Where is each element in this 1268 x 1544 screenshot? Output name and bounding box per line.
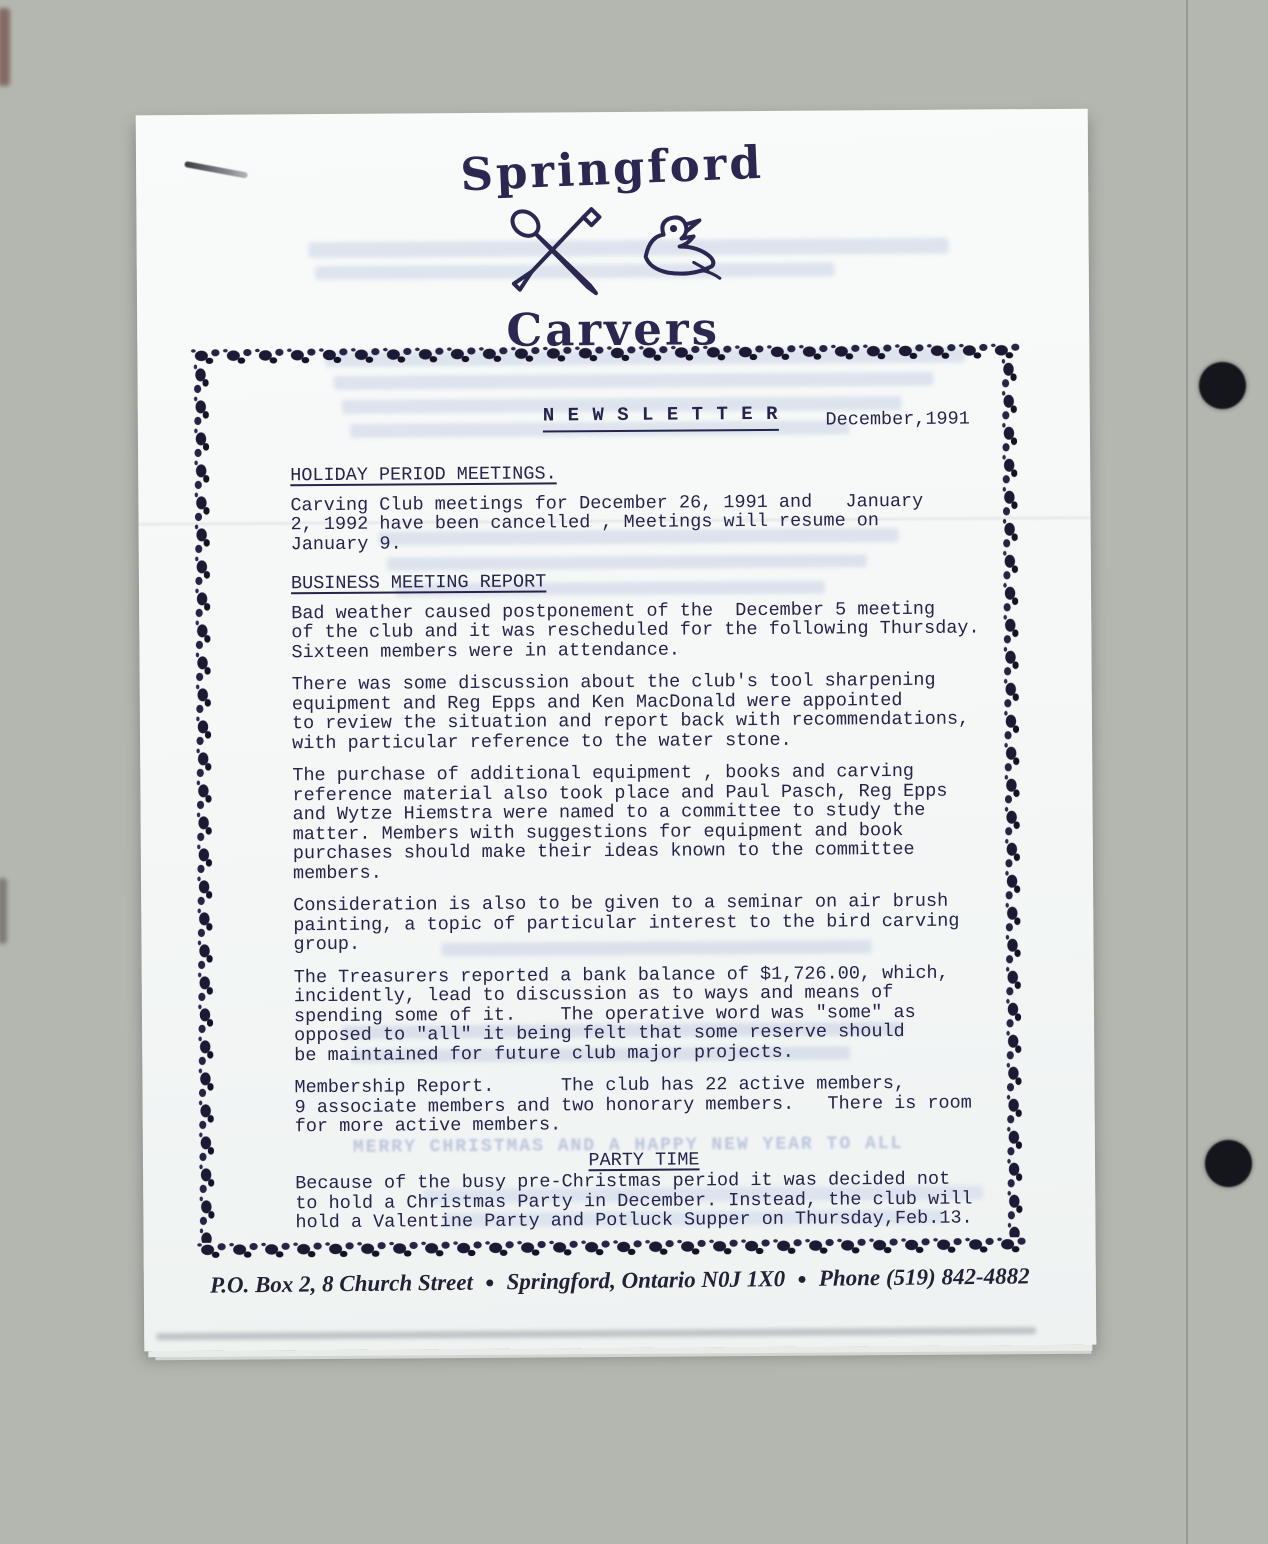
- newsletter-paper-sheet: MERRY CHRISTMAS AND A HAPPY NEW YEAR TO …: [136, 109, 1097, 1352]
- edge-smudge: [0, 878, 7, 944]
- paragraph: Carving Club meetings for December 26, 1…: [290, 491, 988, 554]
- section-business-meeting-report: BUSINESS MEETING REPORT Bad weather caus…: [291, 569, 993, 1136]
- newsletter-title: N E W S L E T T E R: [543, 405, 779, 432]
- edge-smudge: [0, 8, 10, 86]
- paragraph: The purchase of additional equipment , b…: [292, 761, 991, 883]
- paragraph: The Treasurers reported a bank balance o…: [294, 963, 993, 1065]
- phone: Phone (519) 842-4882: [819, 1263, 1030, 1290]
- masthead: Springford: [136, 143, 1089, 356]
- city: Springford, Ontario N0J 1X0: [506, 1266, 785, 1294]
- hole-punch-bottom: [1205, 1140, 1252, 1187]
- newsletter-title-row: N E W S L E T T E R December,1991: [290, 399, 988, 444]
- paragraph: Because of the busy pre-Christmas period…: [295, 1169, 993, 1232]
- newsletter-body: N E W S L E T T E R December,1991 HOLIDA…: [211, 361, 1003, 1238]
- scanned-newsletter-page: MERRY CHRISTMAS AND A HAPPY NEW YEAR TO …: [0, 0, 1268, 1544]
- paragraph: Membership Report. The club has 22 activ…: [294, 1073, 992, 1136]
- footer-address: P.O. Box 2, 8 Church Street●Springford, …: [144, 1263, 1096, 1300]
- issue-date: December,1991: [825, 410, 969, 431]
- scan-smudge: [156, 1327, 1036, 1340]
- bullet-separator: ●: [485, 1274, 495, 1292]
- section-heading: HOLIDAY PERIOD MEETINGS.: [290, 461, 988, 485]
- bullet-separator: ●: [797, 1271, 807, 1289]
- hole-punch-top: [1199, 362, 1246, 409]
- paragraph: There was some discussion about the club…: [292, 670, 991, 753]
- paragraph: Bad weather caused postponement of the D…: [291, 599, 989, 662]
- section-holiday-period-meetings: HOLIDAY PERIOD MEETINGS. Carving Club me…: [290, 461, 989, 554]
- po-box: P.O. Box 2, 8 Church Street: [210, 1270, 473, 1298]
- section-heading: BUSINESS MEETING REPORT: [291, 569, 989, 593]
- paragraph: Consideration is also to be given to a s…: [293, 891, 991, 954]
- album-page-edge: [1186, 0, 1188, 1544]
- section-party-time: PARTY TIME Because of the busy pre-Chris…: [295, 1148, 994, 1233]
- club-logo-icon: [487, 194, 738, 314]
- decorative-border-frame: N E W S L E T T E R December,1991 HOLIDA…: [189, 339, 1025, 1261]
